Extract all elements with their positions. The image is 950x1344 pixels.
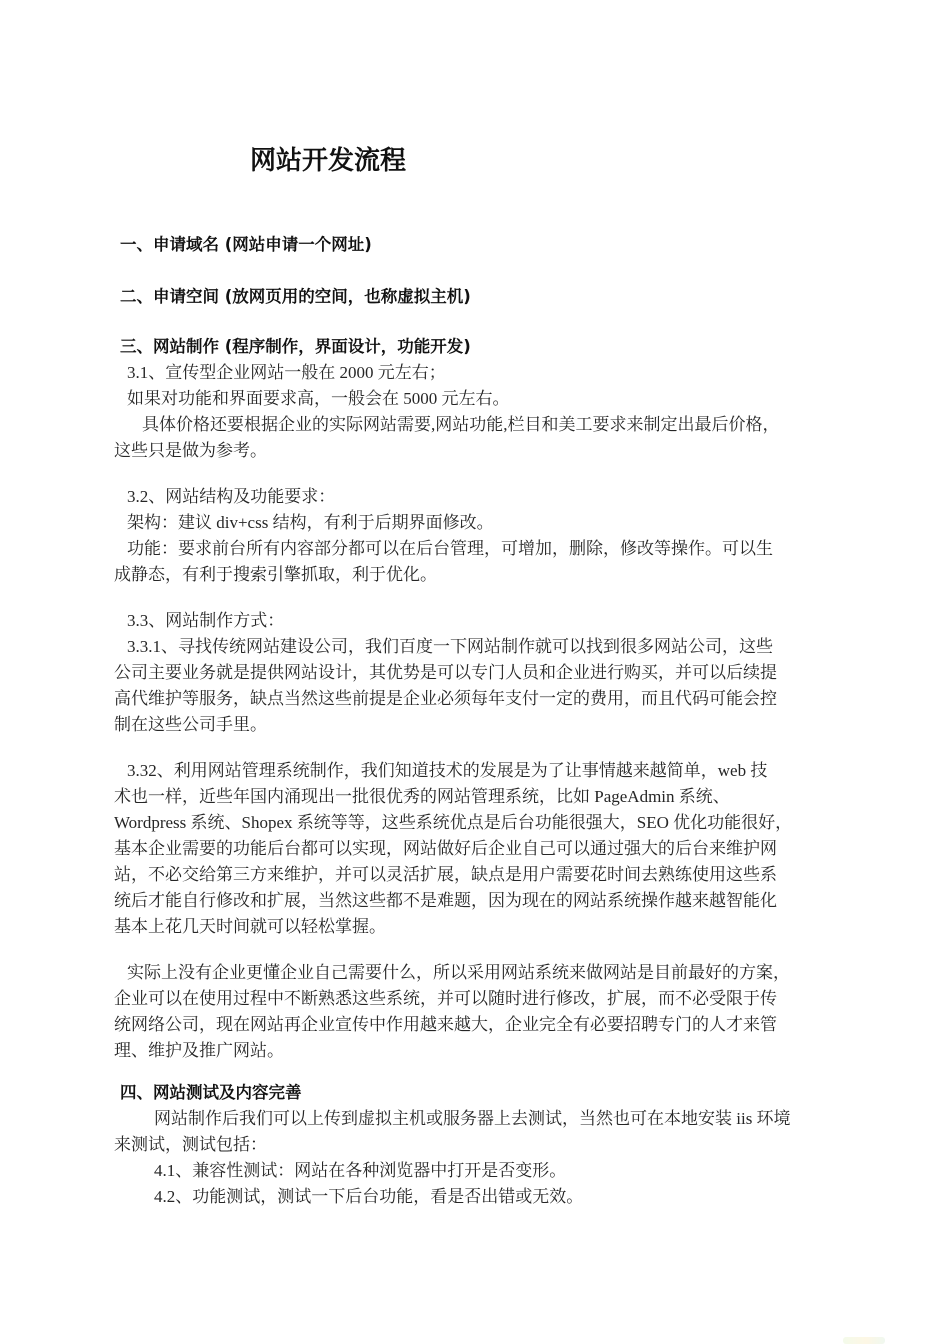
- body-line: 站，不必交给第三方来维护，并可以灵活扩展，缺点是用户需要花时间去熟练使用这些系: [114, 862, 854, 888]
- body-line: 基本上花几天时间就可以轻松掌握。: [114, 914, 854, 940]
- body-line: 功能：要求前台所有内容部分都可以在后台管理，可增加，删除，修改等操作。可以生: [127, 536, 854, 562]
- body-line: 来测试，测试包括：: [114, 1132, 854, 1158]
- heading-line: 三、网站制作 (程序制作，界面设计，功能开发): [120, 334, 854, 360]
- body-line: 公司主要业务就是提供网站设计，其优势是可以专门人员和企业进行购买，并可以后续提: [114, 660, 854, 686]
- heading-line: 二、申请空间 (放网页用的空间，也称虚拟主机): [120, 284, 854, 310]
- body-line: 3.1、宣传型企业网站一般在 2000 元左右；: [127, 360, 854, 386]
- body-line: 成静态，有利于搜索引擎抓取，利于优化。: [114, 562, 854, 588]
- list-item-line: 4.2、功能测试，测试一下后台功能，看是否出错或无效。: [154, 1184, 854, 1210]
- watermark-smudge: [843, 1337, 885, 1344]
- body-line: 基本企业需要的功能后台都可以实现，网站做好后企业自己可以通过强大的后台来维护网: [114, 836, 854, 862]
- body-line: 具体价格还要根据企业的实际网站需要,网站功能,栏目和美工要求来制定出最后价格，: [142, 412, 854, 438]
- body-line: 这些只是做为参考。: [114, 438, 854, 464]
- body-line: 3.32、利用网站管理系统制作，我们知道技术的发展是为了让事情越来越简单，web…: [127, 758, 854, 784]
- body-line: 网站制作后我们可以上传到虚拟主机或服务器上去测试，当然也可在本地安装 iis 环…: [154, 1106, 854, 1132]
- body-line: 实际上没有企业更懂企业自己需要什么，所以采用网站系统来做网站是目前最好的方案，: [127, 960, 854, 986]
- document-title: 网站开发流程: [250, 146, 406, 176]
- body-line: 3.2、网站结构及功能要求：: [127, 484, 854, 510]
- body-line: 架构：建议 div+css 结构，有利于后期界面修改。: [127, 510, 854, 536]
- heading-line: 四、网站测试及内容完善: [120, 1080, 854, 1106]
- body-line: 企业可以在使用过程中不断熟悉这些系统，并可以随时进行修改，扩展，而不必受限于传: [114, 986, 854, 1012]
- body-line: 高代维护等服务，缺点当然这些前提是企业必须每年支付一定的费用，而且代码可能会控: [114, 686, 854, 712]
- body-line: Wordpress 系统、Shopex 系统等等，这些系统优点是后台功能很强大，…: [114, 810, 854, 836]
- body-line: 3.3、网站制作方式：: [127, 608, 854, 634]
- document-body: 一、申请域名 (网站申请一个网址) 二、申请空间 (放网页用的空间，也称虚拟主机…: [114, 232, 854, 1210]
- body-line: 理、维护及推广网站。: [114, 1038, 854, 1064]
- body-line: 制在这些公司手里。: [114, 712, 854, 738]
- body-line: 术也一样，近些年国内涌现出一批很优秀的网站管理系统，比如 PageAdmin 系…: [114, 784, 854, 810]
- body-line: 如果对功能和界面要求高，一般会在 5000 元左右。: [127, 386, 854, 412]
- body-line: 统后才能自行修改和扩展，当然这些都不是难题，因为现在的网站系统操作越来越智能化: [114, 888, 854, 914]
- heading-line: 一、申请域名 (网站申请一个网址): [120, 232, 854, 258]
- body-line: 统网络公司，现在网站再企业宣传中作用越来越大，企业完全有必要招聘专门的人才来管: [114, 1012, 854, 1038]
- list-item-line: 4.1、兼容性测试：网站在各种浏览器中打开是否变形。: [154, 1158, 854, 1184]
- body-line: 3.3.1、寻找传统网站建设公司，我们百度一下网站制作就可以找到很多网站公司，这…: [127, 634, 854, 660]
- document-page: 网站开发流程 一、申请域名 (网站申请一个网址) 二、申请空间 (放网页用的空间…: [0, 0, 950, 1344]
